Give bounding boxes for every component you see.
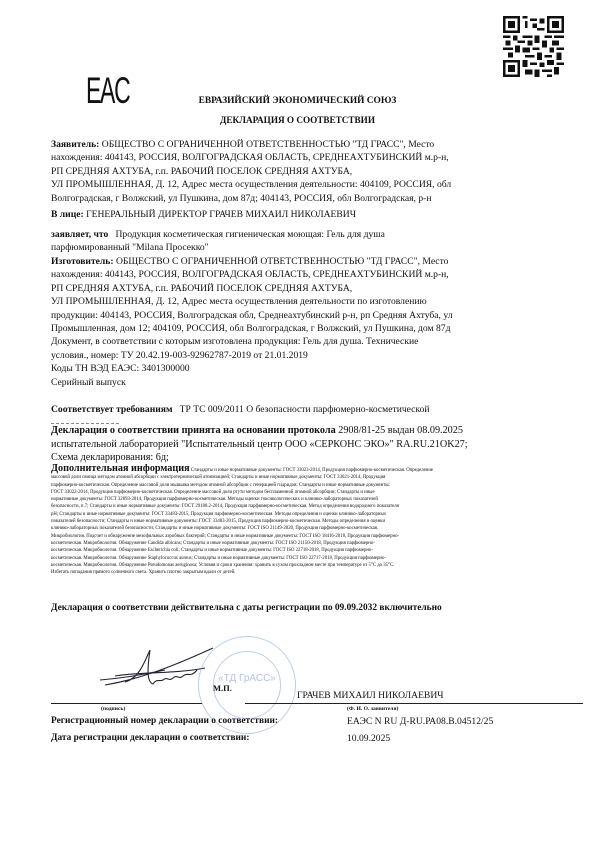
additional-info-line: косметическая. Микробиология. Обнаружени… bbox=[51, 547, 581, 554]
manufacturer-line: Коды ТН ВЭД ЕАЭС: 3401300000 bbox=[51, 362, 581, 375]
manufacturer-line: ОБЩЕСТВО С ОГРАНИЧЕННОЙ ОТВЕТСТВЕННОСТЬЮ… bbox=[114, 256, 449, 267]
manufacturer-label: Изготовитель: bbox=[51, 256, 114, 267]
document-title: ДЕКЛАРАЦИЯ О СООТВЕТСТВИИ bbox=[0, 115, 595, 125]
manufacturer-line: Серийный выпуск bbox=[51, 376, 581, 389]
represented-by-label: В лице: bbox=[51, 209, 84, 220]
manufacturer-line: Промышленная, дом 12; 404109, РОССИЯ, об… bbox=[51, 322, 581, 335]
represented-by-value: ГЕНЕРАЛЬНЫЙ ДИРЕКТОР ГРАЧЕВ МИХАИЛ НИКОЛ… bbox=[84, 209, 356, 220]
applicant-line: УЛ ПРОМЫШЛЕННАЯ, Д. 12, Адрес места осущ… bbox=[51, 178, 581, 191]
declares-label: заявляет, что bbox=[51, 229, 108, 240]
signature-caption: (подпись) bbox=[101, 706, 125, 712]
manufacturer-line: Документ, в соответствии с которым изгот… bbox=[51, 335, 581, 348]
qr-code-icon bbox=[503, 16, 564, 77]
additional-info-line: безопасности, п.7; Стандарты и иные норм… bbox=[51, 503, 581, 510]
manufacturer-line: УЛ ПРОМЫШЛЕННАЯ, Д. 12, Адрес места осущ… bbox=[51, 295, 581, 308]
signature-line bbox=[51, 703, 202, 704]
signer-name: ГРАЧЕВ МИХАИЛ НИКОЛАЕВИЧ bbox=[297, 690, 444, 701]
manufacturer-section: Изготовитель: ОБЩЕСТВО С ОГРАНИЧЕННОЙ ОТ… bbox=[51, 255, 581, 389]
registration-date-label: Дата регистрации декларации о соответств… bbox=[51, 733, 249, 743]
registration-number-label: Регистрационный номер декларации о соотв… bbox=[51, 716, 278, 726]
union-title: ЕВРАЗИЙСКИЙ ЭКОНОМИЧЕСКИЙ СОЮЗ bbox=[0, 96, 595, 106]
applicant-line: РП СРЕДНЯЯ АХТУБА, г.п. РАБОЧИЙ ПОСЕЛОК … bbox=[51, 165, 581, 178]
declares-section: заявляет, что Продукция косметическая ги… bbox=[51, 228, 581, 255]
represented-by: В лице: ГЕНЕРАЛЬНЫЙ ДИРЕКТОР ГРАЧЕВ МИХА… bbox=[51, 208, 581, 221]
additional-info-line: косметическая. Микробиология. Обнаружени… bbox=[51, 562, 581, 569]
complies-label: Соответствует требованиям bbox=[51, 404, 172, 415]
complies-value: ТР ТС 009/2011 О безопасности парфюмерно… bbox=[172, 404, 429, 415]
additional-info-line: массовой доли свинца методом атомной абс… bbox=[51, 474, 581, 481]
protocol-line: 2908/81-25 выдан 08.09.2025 bbox=[336, 425, 463, 436]
additional-info-section: Дополнительная информация Стандарты и ин… bbox=[51, 465, 581, 576]
additional-info-label: Дополнительная информация bbox=[51, 463, 190, 474]
additional-info-line: ГОСТ 33022-2014, Продукция парфюмерно-ко… bbox=[51, 489, 581, 496]
applicant-line: ОБЩЕСТВО С ОГРАНИЧЕННОЙ ОТВЕТСТВЕННОСТЬЮ… bbox=[99, 139, 434, 150]
additional-info-line: показателей безопасности; Стандарты и ин… bbox=[51, 518, 581, 525]
additional-info-line: косметическая. Микробиология. Обнаружени… bbox=[51, 555, 581, 562]
additional-info-line: нормативные документы: ГОСТ 32893-2014, … bbox=[51, 496, 581, 503]
manufacturer-line: продукции: 404143, РОССИЯ, Волгоградская… bbox=[51, 309, 581, 322]
protocol-label: Декларация о соответствии принята на осн… bbox=[51, 425, 336, 436]
applicant-label: Заявитель: bbox=[51, 139, 99, 150]
additional-info-line: Избегать попадания прямого солнечного св… bbox=[51, 569, 581, 576]
validity-statement: Декларация о соответствии действительна … bbox=[51, 602, 581, 615]
additional-info-line: косметическая. Микробиология. Обнаружени… bbox=[51, 540, 581, 547]
manufacturer-line: РП СРЕДНЯЯ АХТУБА, г.п. РАБОЧИЙ ПОСЕЛОК … bbox=[51, 282, 581, 295]
registration-date-value: 10.09.2025 bbox=[347, 733, 390, 744]
product-name-cont: парфюмированный "Milana Просекко" bbox=[51, 241, 581, 254]
name-caption: (Ф. И. О. заявителя) bbox=[347, 706, 398, 712]
manufacturer-line: условия., номер: ТУ 20.42.19-003-9296278… bbox=[51, 349, 581, 362]
manufacturer-line: нахождения: 404143, РОССИЯ, ВОЛГОГРАДСКА… bbox=[51, 268, 581, 281]
protocol-section: Декларация о соответствии принята на осн… bbox=[51, 424, 581, 465]
protocol-line: испытательной лабораторией "Испытательны… bbox=[51, 438, 581, 452]
registration-number-value: ЕАЭС N RU Д-RU.РА08.В.04512/25 bbox=[347, 716, 493, 727]
additional-info-line: pH; Стандарты и иные нормативные докумен… bbox=[51, 511, 581, 518]
product-name: Продукция косметическая гигиеническая мо… bbox=[108, 229, 385, 240]
applicant-line: нахождения: 404143, РОССИЯ, ВОЛГОГРАДСКА… bbox=[51, 151, 581, 164]
name-line bbox=[245, 703, 583, 704]
complies-section: Соответствует требованиям ТР ТС 009/2011… bbox=[51, 403, 581, 416]
stamp-place-label: М.П. bbox=[213, 683, 232, 693]
applicant-line: Волгоградская, г Волжский, ул Пушкина, д… bbox=[51, 192, 581, 205]
additional-info-line: клинико-лабораторных показателей безопас… bbox=[51, 525, 581, 532]
additional-info-line: Стандарты и иные нормативные документы: … bbox=[190, 468, 433, 473]
additional-info-line: Микробиология. Подсчет и обнаружение мез… bbox=[51, 533, 581, 540]
additional-info-line: парфюмерно-косметическая. Определение ма… bbox=[51, 482, 581, 489]
applicant-section: Заявитель: ОБЩЕСТВО С ОГРАНИЧЕННОЙ ОТВЕТ… bbox=[51, 138, 581, 205]
